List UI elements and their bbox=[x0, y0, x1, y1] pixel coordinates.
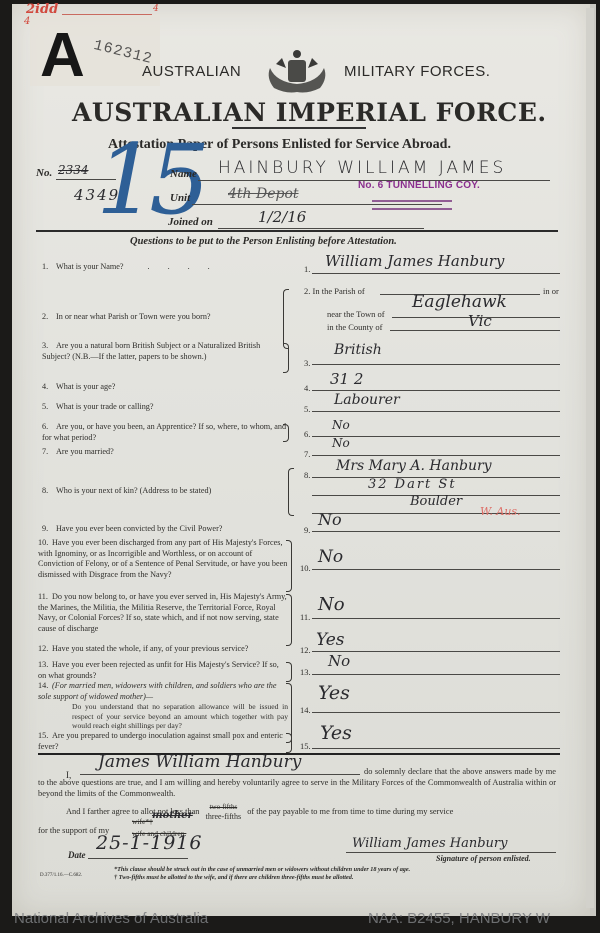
answer-11: No bbox=[318, 594, 345, 615]
page-title: AUSTRALIAN IMPERIAL FORCE. bbox=[72, 98, 547, 127]
answer-num-15: 15. bbox=[300, 741, 311, 751]
question-11: 11.Do you now belong to, or have you eve… bbox=[38, 592, 288, 634]
question-10: 10.Have you ever been discharged from an… bbox=[38, 538, 288, 580]
question-9: 9.Have you ever been convicted by the Ci… bbox=[42, 524, 288, 535]
watermark-right: NAA: B2455, HANBURY W bbox=[368, 910, 550, 927]
answer-num-12: 12. bbox=[300, 645, 311, 655]
answer-line-10 bbox=[312, 569, 560, 570]
answer-6: No bbox=[332, 418, 350, 432]
question-15: 15.Are you prepared to undergo inoculati… bbox=[38, 731, 288, 752]
parish-suffix: in or bbox=[543, 286, 559, 296]
answer-num-1: 1. bbox=[304, 264, 310, 274]
answer-13: No bbox=[328, 652, 350, 670]
county-value: Vic bbox=[468, 312, 492, 330]
name-label: Name bbox=[170, 168, 197, 180]
answer-line-1 bbox=[312, 273, 560, 274]
question-6: 6.Are you, or have you been, an Apprenti… bbox=[42, 422, 288, 443]
answer-5: Labourer bbox=[334, 392, 400, 408]
joined-underline bbox=[218, 228, 424, 229]
footnote-1: *This clause should be struck out in the… bbox=[114, 866, 410, 873]
coat-of-arms-icon bbox=[262, 48, 332, 96]
joined-label: Joined on bbox=[168, 216, 213, 228]
no-struck-value: 2334 bbox=[58, 163, 89, 177]
answer-line-14 bbox=[312, 712, 560, 713]
next-of-kin-name: Mrs Mary A. Hanbury bbox=[336, 458, 492, 474]
answer-num-9: 9. bbox=[304, 525, 310, 535]
answer-num-2: 2. In the Parish of bbox=[304, 286, 365, 296]
answer-num-6: 6. bbox=[304, 429, 310, 439]
question-13: 13.Have you ever been rejected as unfit … bbox=[38, 660, 288, 681]
county-label: in the County of bbox=[327, 322, 382, 332]
question-14: 14.(For married men, widowers with child… bbox=[38, 681, 288, 731]
answer-12: Yes bbox=[316, 630, 345, 650]
support-struck-1: wife*† bbox=[132, 817, 153, 828]
question-8: 8.Who is your next of kin? (Address to b… bbox=[42, 486, 288, 497]
answer-num-10: 10. bbox=[300, 563, 311, 573]
unit-stamp: No. 6 TUNNELLING COY. bbox=[358, 180, 480, 191]
answer-line-9 bbox=[312, 531, 560, 532]
answer-14: Yes bbox=[318, 682, 350, 704]
signature: William James Hanbury bbox=[352, 836, 507, 851]
question-3: 3.Are you a natural born British Subject… bbox=[42, 341, 288, 362]
title-rule bbox=[232, 127, 366, 129]
county-line bbox=[390, 330, 560, 331]
signature-line bbox=[346, 852, 556, 853]
question-1: 1.What is your Name?.... bbox=[42, 262, 288, 273]
answer-15: Yes bbox=[320, 722, 352, 744]
unit-value: 4th Depot bbox=[228, 186, 299, 202]
question-5: 5.What is your trade or calling? bbox=[42, 402, 288, 413]
header-australian: AUSTRALIAN bbox=[142, 63, 241, 80]
date-label: Date bbox=[68, 850, 86, 860]
red-annotation-num-right: 4 bbox=[153, 4, 159, 14]
answer-7: No bbox=[332, 436, 350, 450]
red-note-state: W. Aus. bbox=[480, 505, 521, 518]
answer-num-13: 13. bbox=[300, 667, 311, 677]
answer-num-8: 8. bbox=[304, 470, 310, 480]
big-blue-number: 15 bbox=[96, 130, 202, 230]
answer-num-4: 4. bbox=[304, 383, 310, 393]
answer-10: No bbox=[318, 547, 343, 567]
answer-4: 31 2 bbox=[330, 370, 363, 388]
brace-3 bbox=[283, 343, 289, 373]
brace-10 bbox=[286, 540, 292, 592]
next-of-kin-street: 32 Dart St bbox=[368, 477, 457, 492]
unit-stamp-struck bbox=[372, 200, 452, 210]
questions-heading: Questions to be put to the Person Enlist… bbox=[130, 236, 397, 247]
section-rule bbox=[36, 230, 558, 232]
answer-line-4 bbox=[312, 390, 560, 391]
brace-6 bbox=[283, 424, 289, 442]
answer-1: William James Hanbury bbox=[325, 252, 504, 270]
declaration-text: do solemnly declare that the above answe… bbox=[38, 767, 556, 799]
red-annotation: 2idd bbox=[26, 2, 58, 17]
question-4: 4.What is your age? bbox=[42, 382, 288, 393]
date-underline bbox=[88, 858, 188, 859]
answer-num-14: 14. bbox=[300, 705, 311, 715]
paper-edge bbox=[586, 8, 594, 908]
form-code: D.377/1.16.—C.682. bbox=[40, 873, 82, 878]
answer-num-11: 11. bbox=[300, 612, 310, 622]
header-military-forces: MILITARY FORCES. bbox=[344, 63, 490, 80]
answer-num-7: 7. bbox=[304, 449, 310, 459]
answer-line-3 bbox=[312, 364, 560, 365]
town-value: Eaglehawk bbox=[412, 292, 507, 312]
letter-a-mark: A bbox=[40, 26, 85, 86]
answer-3: British bbox=[334, 342, 382, 358]
brace-15 bbox=[286, 733, 292, 753]
signature-label: Signature of person enlisted. bbox=[436, 854, 531, 863]
joined-value: 1/2/16 bbox=[258, 208, 306, 226]
answer-line-5 bbox=[312, 411, 560, 412]
footnote-2: † Two-fifths must be allotted to the wif… bbox=[114, 874, 353, 881]
red-annotation-num: 4 bbox=[24, 16, 30, 27]
answer-9: No bbox=[318, 510, 342, 529]
no-label: No. bbox=[36, 167, 52, 179]
question-12: 12.Have you stated the whole, if any, of… bbox=[38, 644, 288, 655]
question-7: 7.Are you married? bbox=[42, 447, 288, 458]
answer-line-15 bbox=[312, 748, 560, 749]
brace-13 bbox=[286, 662, 292, 682]
brace-8 bbox=[288, 468, 294, 516]
brace-2 bbox=[283, 289, 289, 349]
next-of-kin-town: Boulder bbox=[410, 494, 462, 509]
support-handwritten: mother bbox=[152, 810, 193, 821]
answer-num-5: 5. bbox=[304, 404, 310, 414]
answer-line-7 bbox=[312, 455, 560, 456]
red-annotation-line bbox=[62, 14, 152, 15]
brace-11 bbox=[286, 594, 292, 646]
answer-line-11 bbox=[312, 618, 560, 619]
unit-label: Unit bbox=[170, 192, 190, 204]
date-value: 25-1-1916 bbox=[96, 832, 202, 854]
watermark-left: National Archives of Australia bbox=[14, 910, 208, 927]
town-label: near the Town of bbox=[327, 309, 385, 319]
question-2: 2.In or near what Parish or Town were yo… bbox=[42, 312, 288, 323]
answer-line-8c bbox=[312, 513, 560, 514]
name-value: HAINBURY WILLIAM JAMES bbox=[218, 158, 506, 178]
answer-num-3: 3. bbox=[304, 358, 310, 368]
answer-line-13 bbox=[312, 674, 560, 675]
